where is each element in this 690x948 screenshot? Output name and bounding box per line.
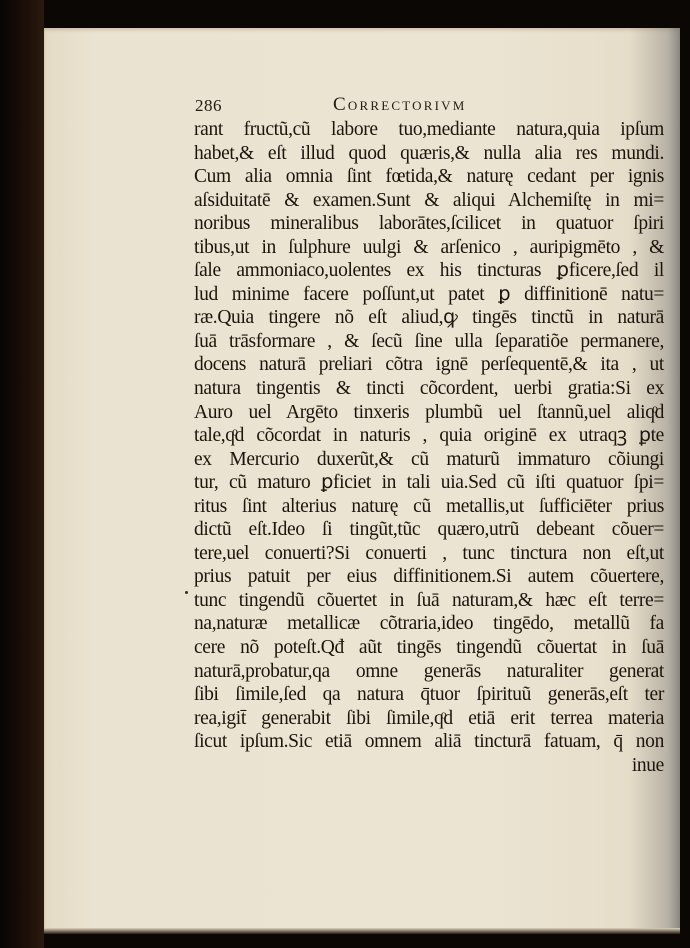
- text-line: noribus mineralibus laborātes,ſcilicet i…: [194, 212, 664, 236]
- margin-mark: [185, 591, 188, 594]
- text-line: aſsiduitatē & examen.Sunt & aliqui Alche…: [194, 189, 664, 213]
- text-line: tur, cũ maturo ꝑficiet in tali uia.Sed c…: [194, 471, 664, 495]
- text-line: lud minime facere poſſunt,ut patet ꝑ dif…: [194, 283, 664, 307]
- text-line: ſale ammoniaco,uolentes ex his tincturas…: [194, 259, 664, 283]
- book-binding-edge: [0, 0, 44, 948]
- page-bottom-edge: [44, 928, 680, 934]
- text-line: na,naturæ metallicæ cõtraria,ideo tingēd…: [194, 612, 664, 636]
- text-line: dictũ eſt.Ideo ſi tingũt,tũc quæro,utrũ …: [194, 518, 664, 542]
- text-line: habet,& eſt illud quod quæris,& nulla al…: [194, 142, 664, 166]
- text-line: Cum alia omnia ſint fœtida,& naturę ceda…: [194, 165, 664, 189]
- text-line: docens naturā preliari cõtra ignē perſeq…: [194, 353, 664, 377]
- text-line: ræ.Quia tingere nõ eſt aliud,ꝙ tingēs ti…: [194, 306, 664, 330]
- text-line: Auro uel Argēto tinxeris plumbũ uel ſtan…: [194, 401, 664, 425]
- text-line: tibus,ut in ſulphure uulgi & arſenico , …: [194, 236, 664, 260]
- text-line: ex Mercurio duxerũt,& cũ maturũ immaturo…: [194, 448, 664, 472]
- text-line: cere nõ poteſt.Qđ aũt tingēs tingendũ cõ…: [194, 636, 664, 660]
- body-text: rant fructũ,cũ labore tuo,mediante natur…: [194, 118, 664, 777]
- text-line: ſicut ipſum.Sic etiā omnem aliā tincturā…: [194, 730, 664, 754]
- text-line: rea,igit̄ generabit ſibi ſimile,qͦd etiā…: [194, 707, 664, 731]
- text-line: ritus ſint alterius naturę cũ metallis,u…: [194, 495, 664, 519]
- text-line: rant fructũ,cũ labore tuo,mediante natur…: [194, 118, 664, 142]
- catchword: inue: [194, 754, 664, 778]
- text-line: naturā,probatur,qa omne generās naturali…: [194, 660, 664, 684]
- text-line: tere,uel conuerti?Si conuerti , tunc tin…: [194, 542, 664, 566]
- page-number: 286: [195, 96, 222, 116]
- text-line: ſuā trāsformare , & ſecũ ſine ulla ſepar…: [194, 330, 664, 354]
- text-line: natura tingentis & tincti cõcordent, uer…: [194, 377, 664, 401]
- text-line: tale,qͦd cõcordat in naturis , quia orig…: [194, 424, 664, 448]
- text-line: prius patuit per eius diffinitionem.Si a…: [194, 565, 664, 589]
- running-head: 286 Correctorivm: [193, 94, 663, 118]
- running-title: Correctorivm: [333, 94, 466, 116]
- text-line: ſibi ſimile,ſed qa natura q̄tuor ſpiritu…: [194, 683, 664, 707]
- text-line: tunc tingendũ cõuertet in ſuā naturam,& …: [194, 589, 664, 613]
